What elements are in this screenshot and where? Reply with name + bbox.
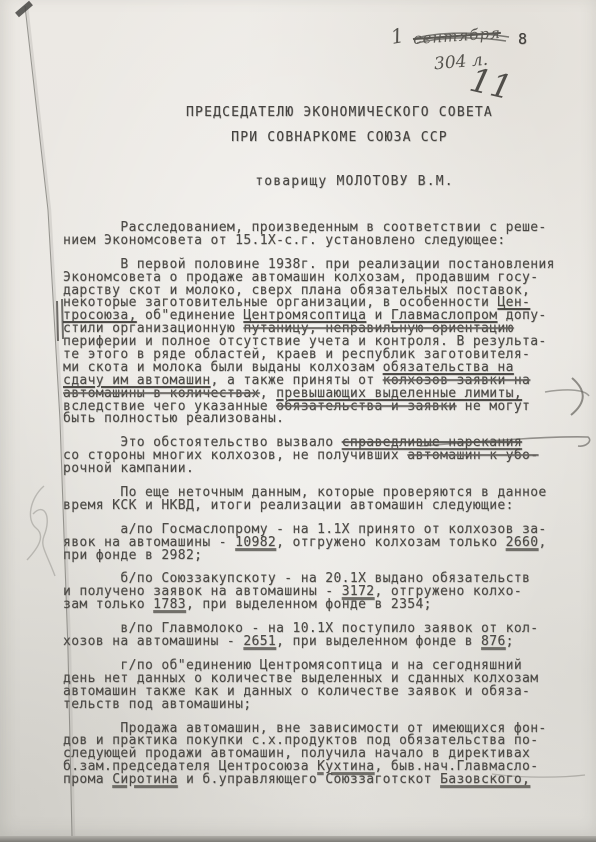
marked-text-segment: обязательства и заявки — [276, 399, 456, 414]
text-segment: не могут — [456, 399, 530, 414]
recipient-title-line1: ПРЕДСЕДАТЕЛЮ ЭКОНОМИЧЕСКОГО СОВЕТА — [99, 100, 580, 125]
scan-bottom-edge — [0, 836, 596, 842]
recipient-title-block: ПРЕДСЕДАТЕЛЮ ЭКОНОМИЧЕСКОГО СОВЕТА ПРИ С… — [63, 100, 580, 190]
marked-text-segment: 2651 — [243, 634, 276, 649]
paragraph: б/по Союззакупскоту - на 20.1Х выдано об… — [63, 573, 580, 612]
text-segment: рочной кампании. — [63, 461, 194, 476]
text-segment: нием Экономсовета от 15.1Х-с.г. установл… — [63, 233, 506, 248]
marked-text-segment: 1783 — [153, 597, 186, 612]
document-line: прома Сиротина и б.управляющего Союззаго… — [63, 774, 580, 787]
text-segment: , отгружено колхозам только — [276, 535, 506, 550]
marked-text-segment: 10982 — [235, 535, 276, 550]
document-line: хозов на автомашины - 2651, при выделенн… — [63, 636, 580, 649]
text-segment: хозов на автомашины - — [63, 634, 243, 649]
text-segment: ; — [506, 634, 514, 649]
text-segment: тельств под автомашины; — [63, 697, 252, 712]
paragraph: Это обстоятельство вызвало справедливые … — [63, 437, 580, 476]
text-segment: время КСК и НКВД, итоги реализации автом… — [63, 498, 514, 513]
paragraph: в/по Главмолоко - на 10.1Х поступило зая… — [63, 623, 580, 649]
text-segment: прома — [63, 772, 112, 787]
document-line: при фонде в 2982; — [63, 550, 580, 563]
document-body: Расследованием, произведенным в соответс… — [63, 222, 580, 787]
paragraph: По еще неточным данным, которые проверяю… — [63, 487, 580, 513]
paragraph: Расследованием, произведенным в соответс… — [63, 222, 580, 248]
marked-text-segment: автомашин к убо- — [407, 448, 538, 463]
marked-text-segment: Сиротина — [112, 772, 178, 787]
text-segment: зам только — [63, 597, 153, 612]
text-segment: и б.управляющего Союззаготскот — [178, 772, 440, 787]
marked-text-segment: Базовского, — [440, 772, 530, 787]
document-line: время КСК и НКВД, итоги реализации автом… — [63, 500, 580, 513]
text-segment: , при выделенном фонде в 2354; — [186, 597, 432, 612]
paragraph: Продажа автомашин, вне зависимости от им… — [63, 723, 580, 787]
document-content: ПРЕДСЕДАТЕЛЮ ЭКОНОМИЧЕСКОГО СОВЕТА ПРИ С… — [0, 0, 596, 798]
paragraph: а/по Госмаслопрому - на 1.1Х принято от … — [63, 524, 580, 563]
document-page: 1 сентября 8 304 л. 11 ПРЕДСЕДАТЕЛЮ ЭКОН… — [0, 0, 596, 842]
document-line: зам только 1783, при выделенном фонде в … — [63, 599, 580, 612]
text-segment: быть полностью реализованы. — [63, 411, 284, 426]
text-segment: при фонде в 2982; — [63, 548, 202, 563]
marked-text-segment: 2660 — [506, 535, 539, 550]
document-line: рочной кампании. — [63, 463, 580, 476]
text-segment: , при выделенном фонде в — [276, 634, 481, 649]
text-segment: , — [538, 535, 546, 550]
marked-text-segment: 876 — [481, 634, 506, 649]
document-line: нием Экономсовета от 15.1Х-с.г. установл… — [63, 235, 580, 248]
paragraph: г/по об"единению Центромясоптица и на се… — [63, 660, 580, 712]
recipient-title-line2: ПРИ СОВНАРКОМЕ СОЮЗА ССР — [99, 125, 580, 150]
document-line: тельств под автомашины; — [63, 699, 580, 712]
paragraph: В первой половине 1938г. при реализации … — [63, 259, 580, 427]
addressee-line: товарищу МОЛОТОВУ В.М. — [99, 174, 580, 190]
document-line: быть полностью реализованы. — [63, 413, 580, 426]
